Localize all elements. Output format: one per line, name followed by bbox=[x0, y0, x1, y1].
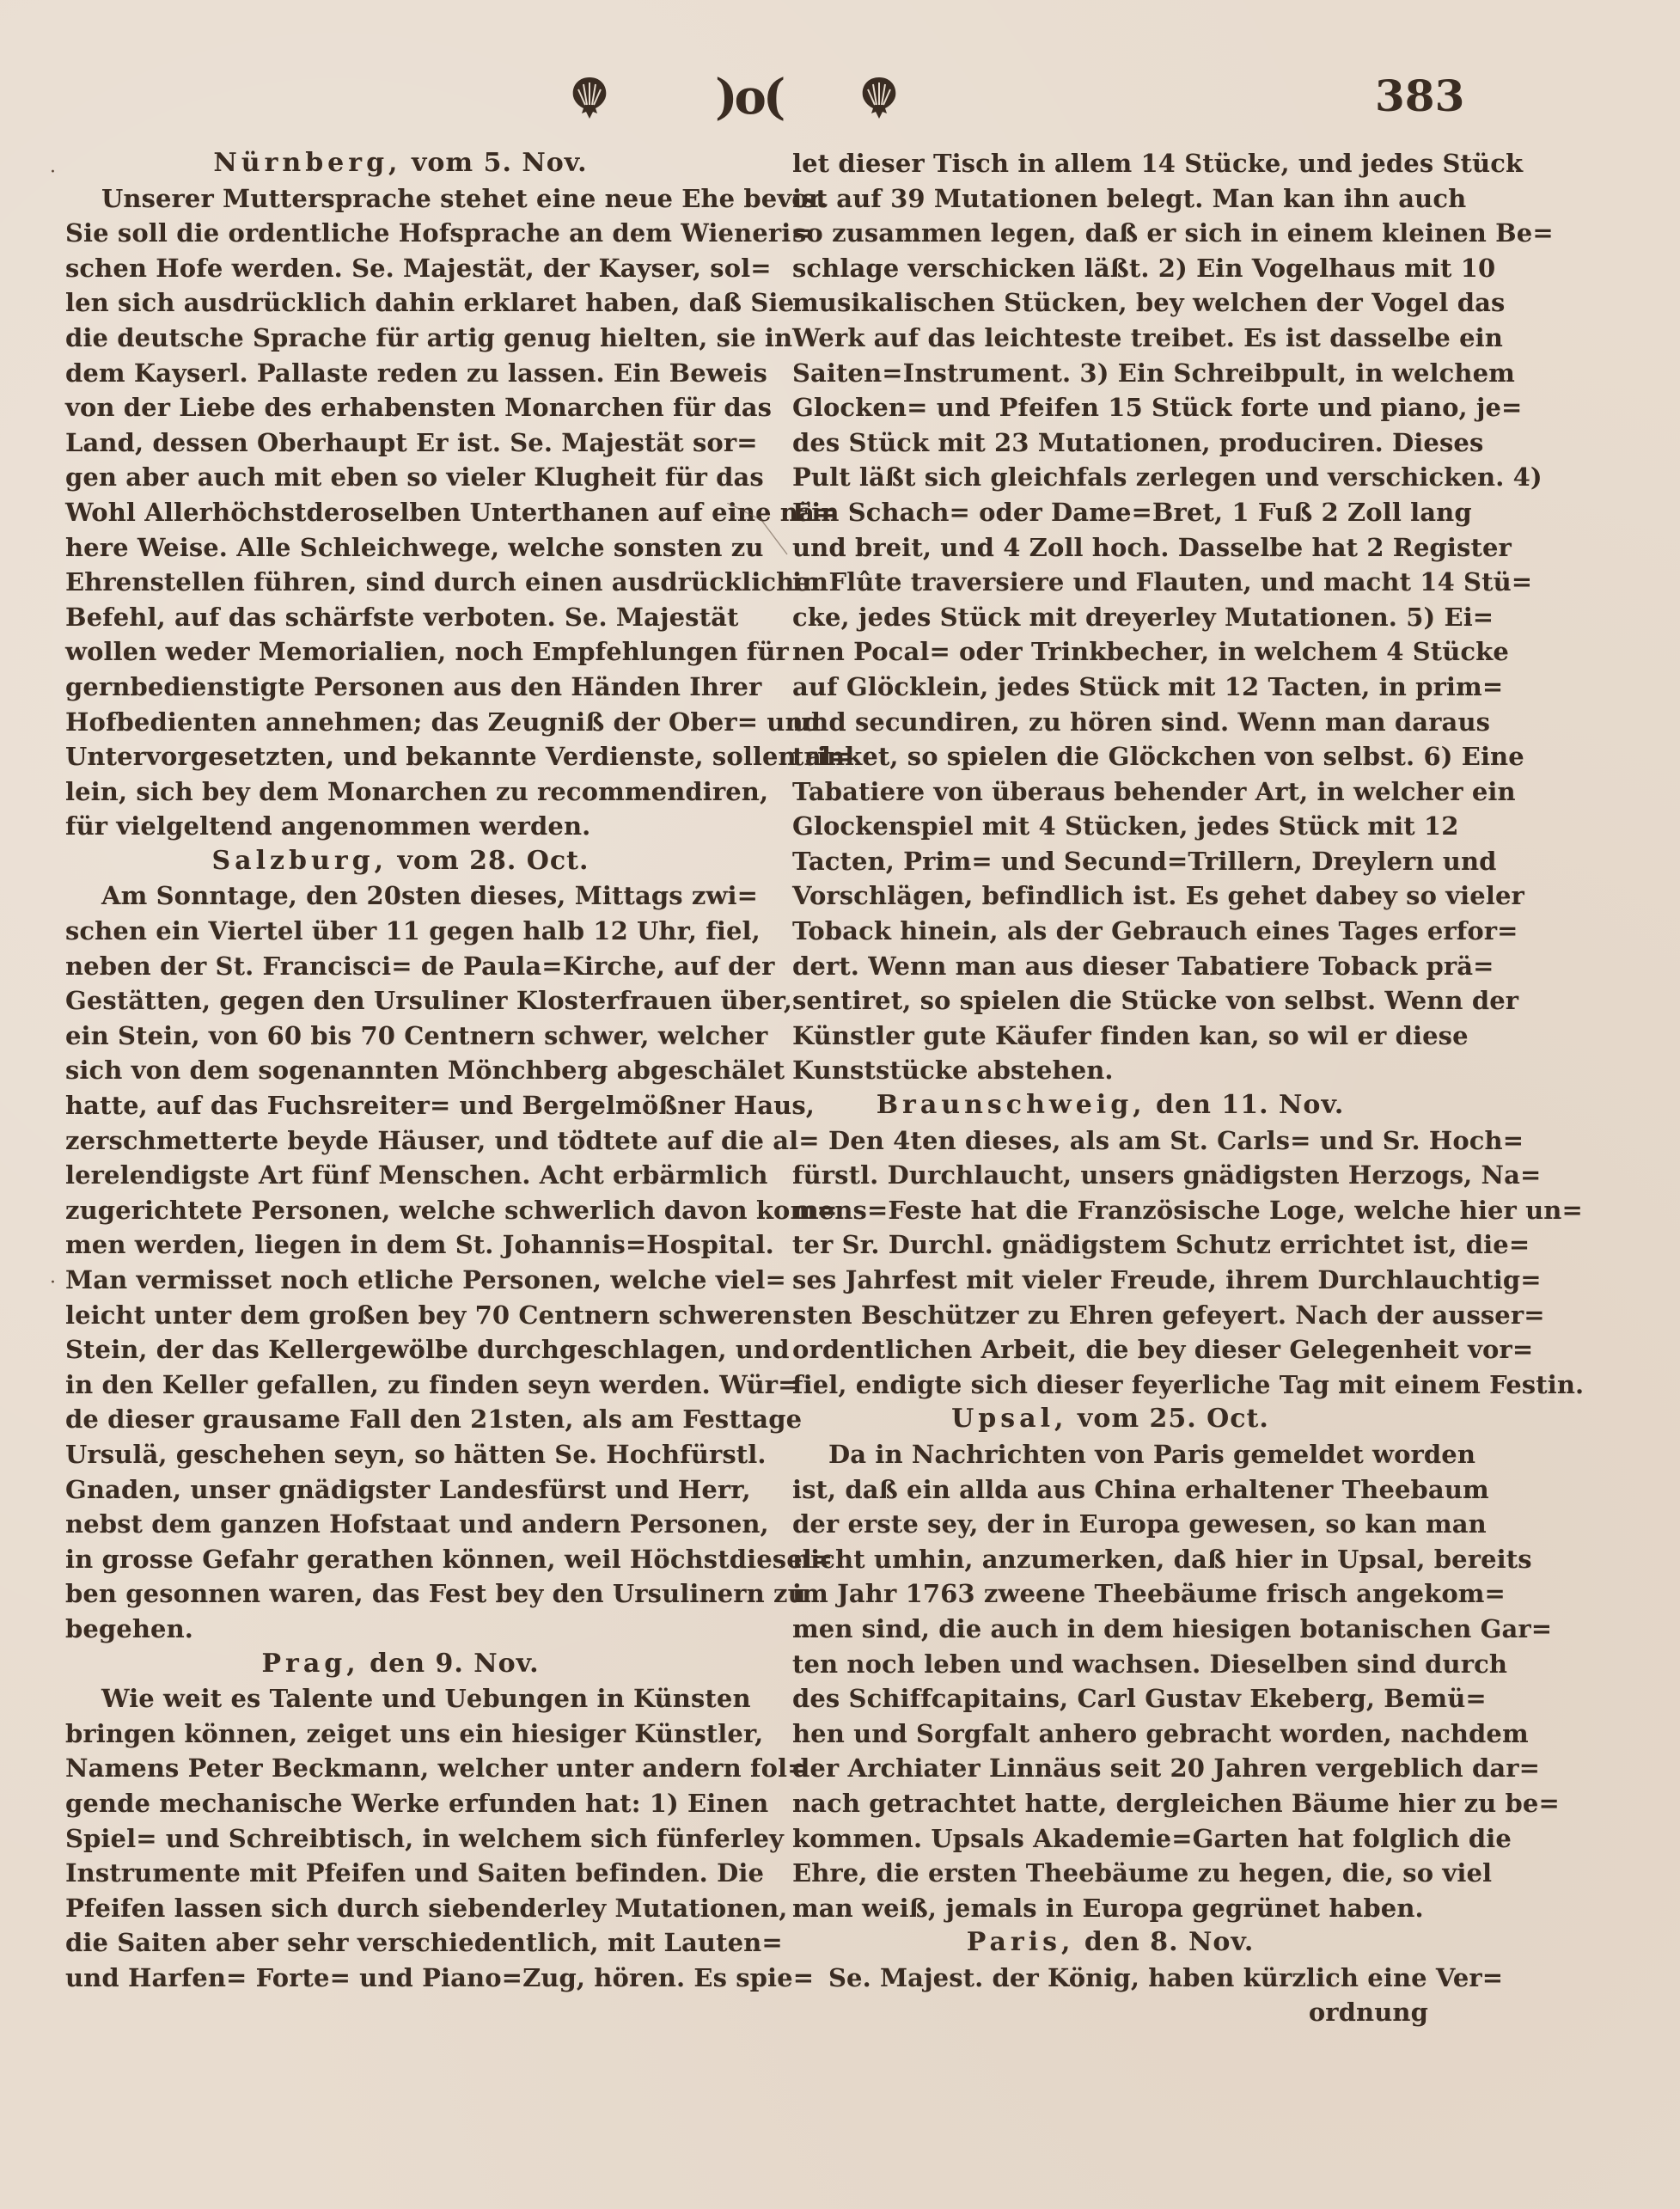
article-text-line: Wie weit es Talente und Uebungen in Küns… bbox=[65, 1681, 736, 1716]
dateline-date: vom 25. Oct. bbox=[1067, 1404, 1268, 1434]
article-dateline: Nürnberg, vom 5. Nov. bbox=[65, 146, 736, 181]
page-header: )o( 383 bbox=[0, 76, 1680, 136]
article-text-line: von der Liebe des erhabensten Monarchen … bbox=[65, 390, 736, 425]
article: Nürnberg, vom 5. Nov.Unserer Muttersprac… bbox=[65, 146, 736, 844]
page-number: 383 bbox=[1375, 70, 1464, 121]
continued-article: let dieser Tisch in allem 14 Stücke, und… bbox=[792, 146, 1428, 1088]
dateline-date: den 11. Nov. bbox=[1146, 1090, 1345, 1120]
article-text-line: mens=Feste hat die Französische Loge, we… bbox=[792, 1193, 1428, 1228]
article-text-line: hatte, auf das Fuchsreiter= und Bergelmö… bbox=[65, 1088, 736, 1123]
article-text-line: Land, dessen Oberhaupt Er ist. Se. Majes… bbox=[65, 425, 736, 461]
article-text-line: trinket, so spielen die Glöckchen von se… bbox=[792, 739, 1428, 774]
article-text-line: nen Pocal= oder Trinkbecher, in welchem … bbox=[792, 634, 1428, 670]
left-column: Nürnberg, vom 5. Nov.Unserer Muttersprac… bbox=[65, 146, 736, 1995]
article-text-line: ist auf 39 Mutationen belegt. Man kan ih… bbox=[792, 181, 1428, 217]
article-text-line: bringen können, zeiget uns ein hiesiger … bbox=[65, 1716, 736, 1752]
article-text-line: und secundiren, zu hören sind. Wenn man … bbox=[792, 705, 1428, 740]
article-dateline: Upsal, vom 25. Oct. bbox=[792, 1402, 1428, 1437]
article-text-line: Ursulä, geschehen seyn, so hätten Se. Ho… bbox=[65, 1437, 736, 1472]
article-text-line: Ein Schach= oder Dame=Bret, 1 Fuß 2 Zoll… bbox=[792, 495, 1428, 530]
article-text-line: Künstler gute Käufer finden kan, so wil … bbox=[792, 1019, 1428, 1054]
article-text-line: Stein, der das Kellergewölbe durchgeschl… bbox=[65, 1332, 736, 1368]
article-text-line: here Weise. Alle Schleichwege, welche so… bbox=[65, 530, 736, 566]
article-text-line: ben gesonnen waren, das Fest bey den Urs… bbox=[65, 1576, 736, 1612]
dateline-place: Prag, bbox=[261, 1649, 359, 1679]
article-text-line: cke, jedes Stück mit dreyerley Mutatione… bbox=[792, 600, 1428, 635]
article-text-line: so zusammen legen, daß er sich in einem … bbox=[792, 216, 1428, 251]
article-text-line: in grosse Gefahr gerathen können, weil H… bbox=[65, 1542, 736, 1577]
article-dateline: Braunschweig, den 11. Nov. bbox=[792, 1088, 1428, 1123]
article-text-line: Untervorgesetzten, und bekannte Verdiens… bbox=[65, 739, 736, 774]
article-text-line: Glockenspiel mit 4 Stücken, jedes Stück … bbox=[792, 809, 1428, 844]
article-text-line: ist, daß ein allda aus China erhaltener … bbox=[792, 1472, 1428, 1508]
article-text-line: ten noch leben und wachsen. Dieselben si… bbox=[792, 1647, 1428, 1682]
article-text-line: in den Keller gefallen, zu finden seyn w… bbox=[65, 1368, 736, 1403]
article-text-line: Spiel= und Schreibtisch, in welchem sich… bbox=[65, 1821, 736, 1857]
article: Braunschweig, den 11. Nov.Den 4ten diese… bbox=[792, 1088, 1428, 1402]
article-text-line: Sie soll die ordentliche Hofsprache an d… bbox=[65, 216, 736, 251]
article-text-line: dert. Wenn man aus dieser Tabatiere Toba… bbox=[792, 949, 1428, 984]
article-text-line: men sind, die auch in dem hiesigen botan… bbox=[792, 1612, 1428, 1647]
article-text-line: Se. Majest. der König, haben kürzlich ei… bbox=[792, 1961, 1428, 1996]
article-dateline: Paris, den 8. Nov. bbox=[792, 1925, 1428, 1961]
article-text-line: Ehre, die ersten Theebäume zu hegen, die… bbox=[792, 1856, 1428, 1891]
article-text-line: fiel, endigte sich dieser feyerliche Tag… bbox=[792, 1368, 1428, 1403]
article-text-line: Gnaden, unser gnädigster Landesfürst und… bbox=[65, 1472, 736, 1508]
article-text-line: men werden, liegen in dem St. Johannis=H… bbox=[65, 1227, 736, 1263]
article-text-line: die deutsche Sprache für artig genug hie… bbox=[65, 321, 736, 356]
dateline-place: Upsal, bbox=[951, 1404, 1067, 1434]
article-text-line: und breit, und 4 Zoll hoch. Dasselbe hat… bbox=[792, 530, 1428, 566]
article-text-line: begehen. bbox=[65, 1612, 736, 1647]
article-text-line: Wohl Allerhöchstderoselben Unterthanen a… bbox=[65, 495, 736, 530]
article-text-line: sich von dem sogenannten Mönchberg abges… bbox=[65, 1053, 736, 1088]
article-text-line: Tabatiere von überaus behender Art, in w… bbox=[792, 774, 1428, 810]
article-text-line: sten Beschützer zu Ehren gefeyert. Nach … bbox=[792, 1298, 1428, 1333]
article-text-line: Instrumente mit Pfeifen und Saiten befin… bbox=[65, 1856, 736, 1891]
article-text-line: Vorschlägen, befindlich ist. Es gehet da… bbox=[792, 878, 1428, 914]
article-text-line: nebst dem ganzen Hofstaat und andern Per… bbox=[65, 1507, 736, 1542]
article: Paris, den 8. Nov.Se. Majest. der König,… bbox=[792, 1925, 1428, 1995]
article-text-line: nicht umhin, anzumerken, daß hier in Ups… bbox=[792, 1542, 1428, 1577]
article-text-line: man weiß, jemals in Europa gegrünet habe… bbox=[792, 1891, 1428, 1926]
article-text-line: im Jahr 1763 zweene Theebäume frisch ang… bbox=[792, 1576, 1428, 1612]
article-text-line: schen ein Viertel über 11 gegen halb 12 … bbox=[65, 914, 736, 949]
dateline-place: Braunschweig, bbox=[877, 1090, 1146, 1120]
article: Upsal, vom 25. Oct.Da in Nachrichten von… bbox=[792, 1402, 1428, 1925]
article-text-line: de dieser grausame Fall den 21sten, als … bbox=[65, 1402, 736, 1437]
right-column: let dieser Tisch in allem 14 Stücke, und… bbox=[792, 146, 1428, 2030]
article-text-line: ses Jahrfest mit vieler Freude, ihrem Du… bbox=[792, 1263, 1428, 1298]
article-text-line: lerelendigste Art fünf Menschen. Acht er… bbox=[65, 1158, 736, 1193]
article-text-line: ordentlichen Arbeit, die bey dieser Gele… bbox=[792, 1332, 1428, 1368]
margin-mark: · bbox=[50, 162, 56, 183]
article-text-line: Pult läßt sich gleichfals zerlegen und v… bbox=[792, 460, 1428, 495]
article-text-line: auf Glöcklein, jedes Stück mit 12 Tacten… bbox=[792, 670, 1428, 705]
article-text-line: kommen. Upsals Akademie=Garten hat folgl… bbox=[792, 1821, 1428, 1857]
dateline-date: vom 28. Oct. bbox=[388, 846, 589, 876]
article-text-line: schlage verschicken läßt. 2) Ein Vogelha… bbox=[792, 251, 1428, 286]
article-text-line: gen aber auch mit eben so vieler Klughei… bbox=[65, 460, 736, 495]
article-text-line: Namens Peter Beckmann, welcher unter and… bbox=[65, 1751, 736, 1786]
catchword: ordnung bbox=[792, 1995, 1428, 2030]
article-text-line: gernbedienstigte Personen aus den Händen… bbox=[65, 670, 736, 705]
article-text-line: let dieser Tisch in allem 14 Stücke, und… bbox=[792, 146, 1428, 181]
article-dateline: Prag, den 9. Nov. bbox=[65, 1647, 736, 1682]
article-text-line: Befehl, auf das schärfste verboten. Se. … bbox=[65, 600, 736, 635]
article-text-line: len sich ausdrücklich dahin erklaret hab… bbox=[65, 285, 736, 321]
article-text-line: Toback hinein, als der Gebrauch eines Ta… bbox=[792, 914, 1428, 949]
article-text-line: wollen weder Memorialien, noch Empfehlun… bbox=[65, 634, 736, 670]
article-text-line: sentiret, so spielen die Stücke von selb… bbox=[792, 983, 1428, 1019]
article-text-line: lein, sich bey dem Monarchen zu recommen… bbox=[65, 774, 736, 810]
article-text-line: Werk auf das leichteste treibet. Es ist … bbox=[792, 321, 1428, 356]
article-text-line: Kunststücke abstehen. bbox=[792, 1053, 1428, 1088]
dateline-place: Salzburg, bbox=[212, 846, 388, 876]
article-text-line: gende mechanische Werke erfunden hat: 1)… bbox=[65, 1786, 736, 1821]
dateline-date: den 8. Nov. bbox=[1074, 1927, 1254, 1957]
article-text-line: des Schiffcapitains, Carl Gustav Ekeberg… bbox=[792, 1681, 1428, 1716]
article: Prag, den 9. Nov.Wie weit es Talente und… bbox=[65, 1647, 736, 1996]
dateline-date: vom 5. Nov. bbox=[402, 148, 588, 178]
article-text-line: Glocken= und Pfeifen 15 Stück forte und … bbox=[792, 390, 1428, 425]
article: Salzburg, vom 28. Oct.Am Sonntage, den 2… bbox=[65, 844, 736, 1647]
article-dateline: Salzburg, vom 28. Oct. bbox=[65, 844, 736, 879]
article-text-line: Unserer Muttersprache stehet eine neue E… bbox=[65, 181, 736, 217]
article-text-line: ter Sr. Durchl. gnädigstem Schutz errich… bbox=[792, 1227, 1428, 1263]
article-text-line: fürstl. Durchlaucht, unsers gnädigsten H… bbox=[792, 1158, 1428, 1193]
header-separator: )o( bbox=[715, 69, 782, 125]
article-text-line: Ehrenstellen führen, sind durch einen au… bbox=[65, 565, 736, 600]
article-text-line: hen und Sorgfalt anhero gebracht worden,… bbox=[792, 1716, 1428, 1752]
margin-mark: · bbox=[50, 1272, 56, 1294]
article-text-line: neben der St. Francisci= de Paula=Kirche… bbox=[65, 949, 736, 984]
article-text-line: schen Hofe werden. Se. Majestät, der Kay… bbox=[65, 251, 736, 286]
article-text-line: der Archiater Linnäus seit 20 Jahren ver… bbox=[792, 1751, 1428, 1786]
article-text-line: die Saiten aber sehr verschiedentlich, m… bbox=[65, 1925, 736, 1961]
article-text-line: des Stück mit 23 Mutationen, produciren.… bbox=[792, 425, 1428, 461]
dateline-place: Nürnberg, bbox=[213, 148, 401, 178]
article-text-line: musikalischen Stücken, bey welchen der V… bbox=[792, 285, 1428, 321]
article-text-line: zerschmetterte beyde Häuser, und tödtete… bbox=[65, 1123, 736, 1159]
article-text-line: und Harfen= Forte= und Piano=Zug, hören.… bbox=[65, 1961, 736, 1996]
article-text-line: Man vermisset noch etliche Personen, wel… bbox=[65, 1263, 736, 1298]
article-text-line: nach getrachtet hatte, dergleichen Bäume… bbox=[792, 1786, 1428, 1821]
article-text-line: Da in Nachrichten von Paris gemeldet wor… bbox=[792, 1437, 1428, 1472]
article-text-line: Saiten=Instrument. 3) Ein Schreibpult, i… bbox=[792, 356, 1428, 391]
dateline-date: den 9. Nov. bbox=[360, 1649, 540, 1679]
article-text-line: Pfeifen lassen sich durch siebenderley M… bbox=[65, 1891, 736, 1926]
article-text-line: Tacten, Prim= und Secund=Trillern, Dreyl… bbox=[792, 844, 1428, 879]
article-text-line: in Flûte traversiere und Flauten, und ma… bbox=[792, 565, 1428, 600]
article-text-line: Gestätten, gegen den Ursuliner Klosterfr… bbox=[65, 983, 736, 1019]
article-text-line: ein Stein, von 60 bis 70 Centnern schwer… bbox=[65, 1019, 736, 1054]
dateline-place: Paris, bbox=[967, 1927, 1075, 1957]
article-text-line: leicht unter dem großen bey 70 Centnern … bbox=[65, 1298, 736, 1333]
article-text-line: der erste sey, der in Europa gewesen, so… bbox=[792, 1507, 1428, 1542]
article-text-line: Am Sonntage, den 20sten dieses, Mittags … bbox=[65, 878, 736, 914]
pencil-stroke bbox=[727, 503, 796, 572]
article-text-line: dem Kayserl. Pallaste reden zu lassen. E… bbox=[65, 356, 736, 391]
shell-ornament-icon bbox=[570, 76, 609, 122]
article-text-line: Hofbedienten annehmen; das Zeugniß der O… bbox=[65, 705, 736, 740]
article-text-line: für vielgeltend angenommen werden. bbox=[65, 809, 736, 844]
shell-ornament-icon bbox=[859, 76, 899, 122]
article-text-line: Den 4ten dieses, als am St. Carls= und S… bbox=[792, 1123, 1428, 1159]
article-text-line: zugerichtete Personen, welche schwerlich… bbox=[65, 1193, 736, 1228]
